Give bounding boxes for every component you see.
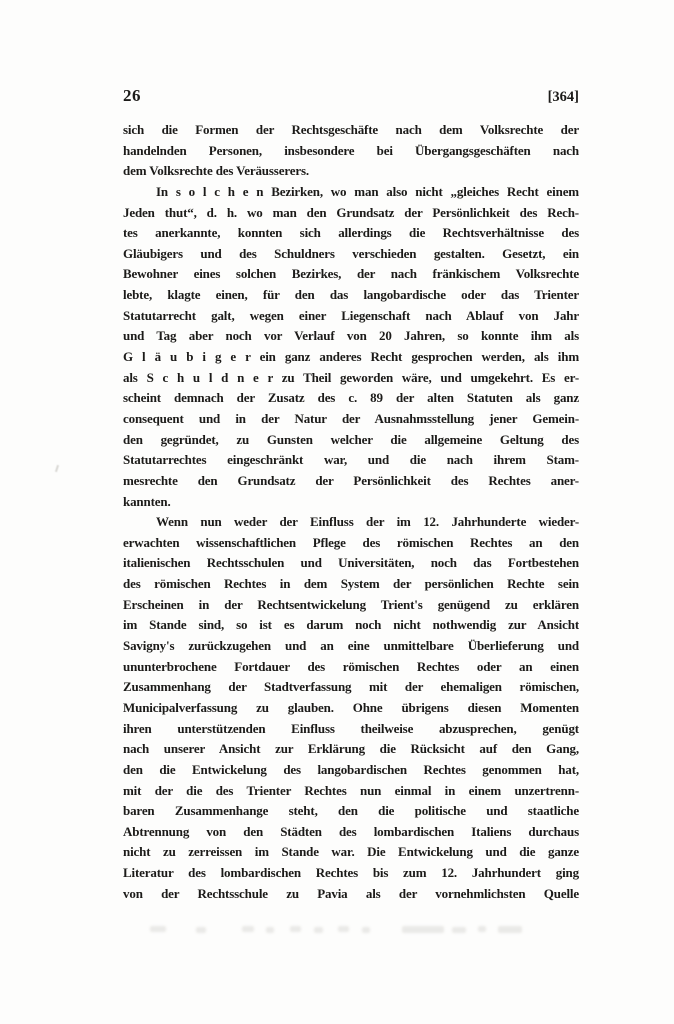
text-line: tes anerkannte, konnten sich allerdings … bbox=[123, 223, 579, 244]
text-line: Wenn nun weder der Einfluss der im 12. J… bbox=[123, 512, 579, 533]
page-header: 26 [364] bbox=[123, 86, 579, 106]
text-line: Erscheinen in der Rechtsentwickelung Tri… bbox=[123, 595, 579, 616]
text-line: Gläubigers und des Schuldners verschiede… bbox=[123, 244, 579, 265]
scanned-book-page: 26 [364] sich die Formen der Rechtsgesch… bbox=[0, 0, 674, 1024]
text-line: In s o l c h e n Bezirken, wo man also n… bbox=[123, 182, 579, 203]
text-line: ununterbrochene Fortdauer des römischen … bbox=[123, 657, 579, 678]
text-line: baren Zusammenhange steht, den die polit… bbox=[123, 801, 579, 822]
print-speck bbox=[55, 465, 59, 472]
margin-reference: [364] bbox=[548, 89, 579, 106]
paragraph: sich die Formen der Rechtsgeschäfte nach… bbox=[123, 120, 579, 182]
text-line: im Stande sind, so ist es darum noch nic… bbox=[123, 615, 579, 636]
text-line: nicht zu zerreissen im Stande war. Die E… bbox=[123, 842, 579, 863]
text-line: italienischen Rechtsschulen und Universi… bbox=[123, 553, 579, 574]
text-line: als S c h u l d n e r zu Theil geworden … bbox=[123, 368, 579, 389]
text-line: Savigny's zurückzugehen und an eine unmi… bbox=[123, 636, 579, 657]
text-line: Bewohner eines solchen Bezirkes, der nac… bbox=[123, 264, 579, 285]
text-line: des römischen Rechtes in dem System der … bbox=[123, 574, 579, 595]
text-line: Zusammenhang der Stadtverfassung mit der… bbox=[123, 677, 579, 698]
text-line: Statutarrecht galt, wegen einer Liegensc… bbox=[123, 306, 579, 327]
text-line: consequent und in der Natur der Ausnahms… bbox=[123, 409, 579, 430]
text-line: Statutarrechtes eingeschränkt war, und d… bbox=[123, 450, 579, 471]
paragraph: In s o l c h e n Bezirken, wo man also n… bbox=[123, 182, 579, 512]
text-line: scheint demnach der Zusatz des c. 89 der… bbox=[123, 388, 579, 409]
text-line: handelnden Personen, insbesondere bei Üb… bbox=[123, 141, 579, 162]
paragraph: Wenn nun weder der Einfluss der im 12. J… bbox=[123, 512, 579, 904]
text-line: lebte, klagte einen, für den das langoba… bbox=[123, 285, 579, 306]
text-line: erwachten wissenschaftlichen Pflege des … bbox=[123, 533, 579, 554]
text-line: von der Rechtsschule zu Pavia als der vo… bbox=[123, 884, 579, 905]
text-line: den gegründet, zu Gunsten welcher die al… bbox=[123, 430, 579, 451]
page-number: 26 bbox=[123, 86, 141, 106]
text-line: sich die Formen der Rechtsgeschäfte nach… bbox=[123, 120, 579, 141]
text-line: Jeden thut“, d. h. wo man den Grundsatz … bbox=[123, 203, 579, 224]
text-line: Abtrennung von den Städten des lombardis… bbox=[123, 822, 579, 843]
text-body: sich die Formen der Rechtsgeschäfte nach… bbox=[123, 120, 579, 904]
text-line: mesrechte den Grundsatz der Persönlichke… bbox=[123, 471, 579, 492]
text-line: Literatur des lombardischen Rechtes bis … bbox=[123, 863, 579, 884]
text-line: nach unserer Ansicht zur Erklärung die R… bbox=[123, 739, 579, 760]
text-line: Municipalverfassung zu glauben. Ohne übr… bbox=[123, 698, 579, 719]
text-line: kannten. bbox=[123, 492, 579, 513]
text-line: G l ä u b i g e r ein ganz anderes Recht… bbox=[123, 347, 579, 368]
text-line: dem Volksrechte des Veräusserers. bbox=[123, 161, 579, 182]
bleedthrough-marks bbox=[0, 924, 674, 938]
text-line: den die Entwickelung des langobardischen… bbox=[123, 760, 579, 781]
text-line: ihren unterstützenden Einfluss theilweis… bbox=[123, 719, 579, 740]
text-line: und Tag aber noch vor Verlauf von 20 Jah… bbox=[123, 326, 579, 347]
text-line: mit der die des Trienter Rechtes nun ein… bbox=[123, 781, 579, 802]
